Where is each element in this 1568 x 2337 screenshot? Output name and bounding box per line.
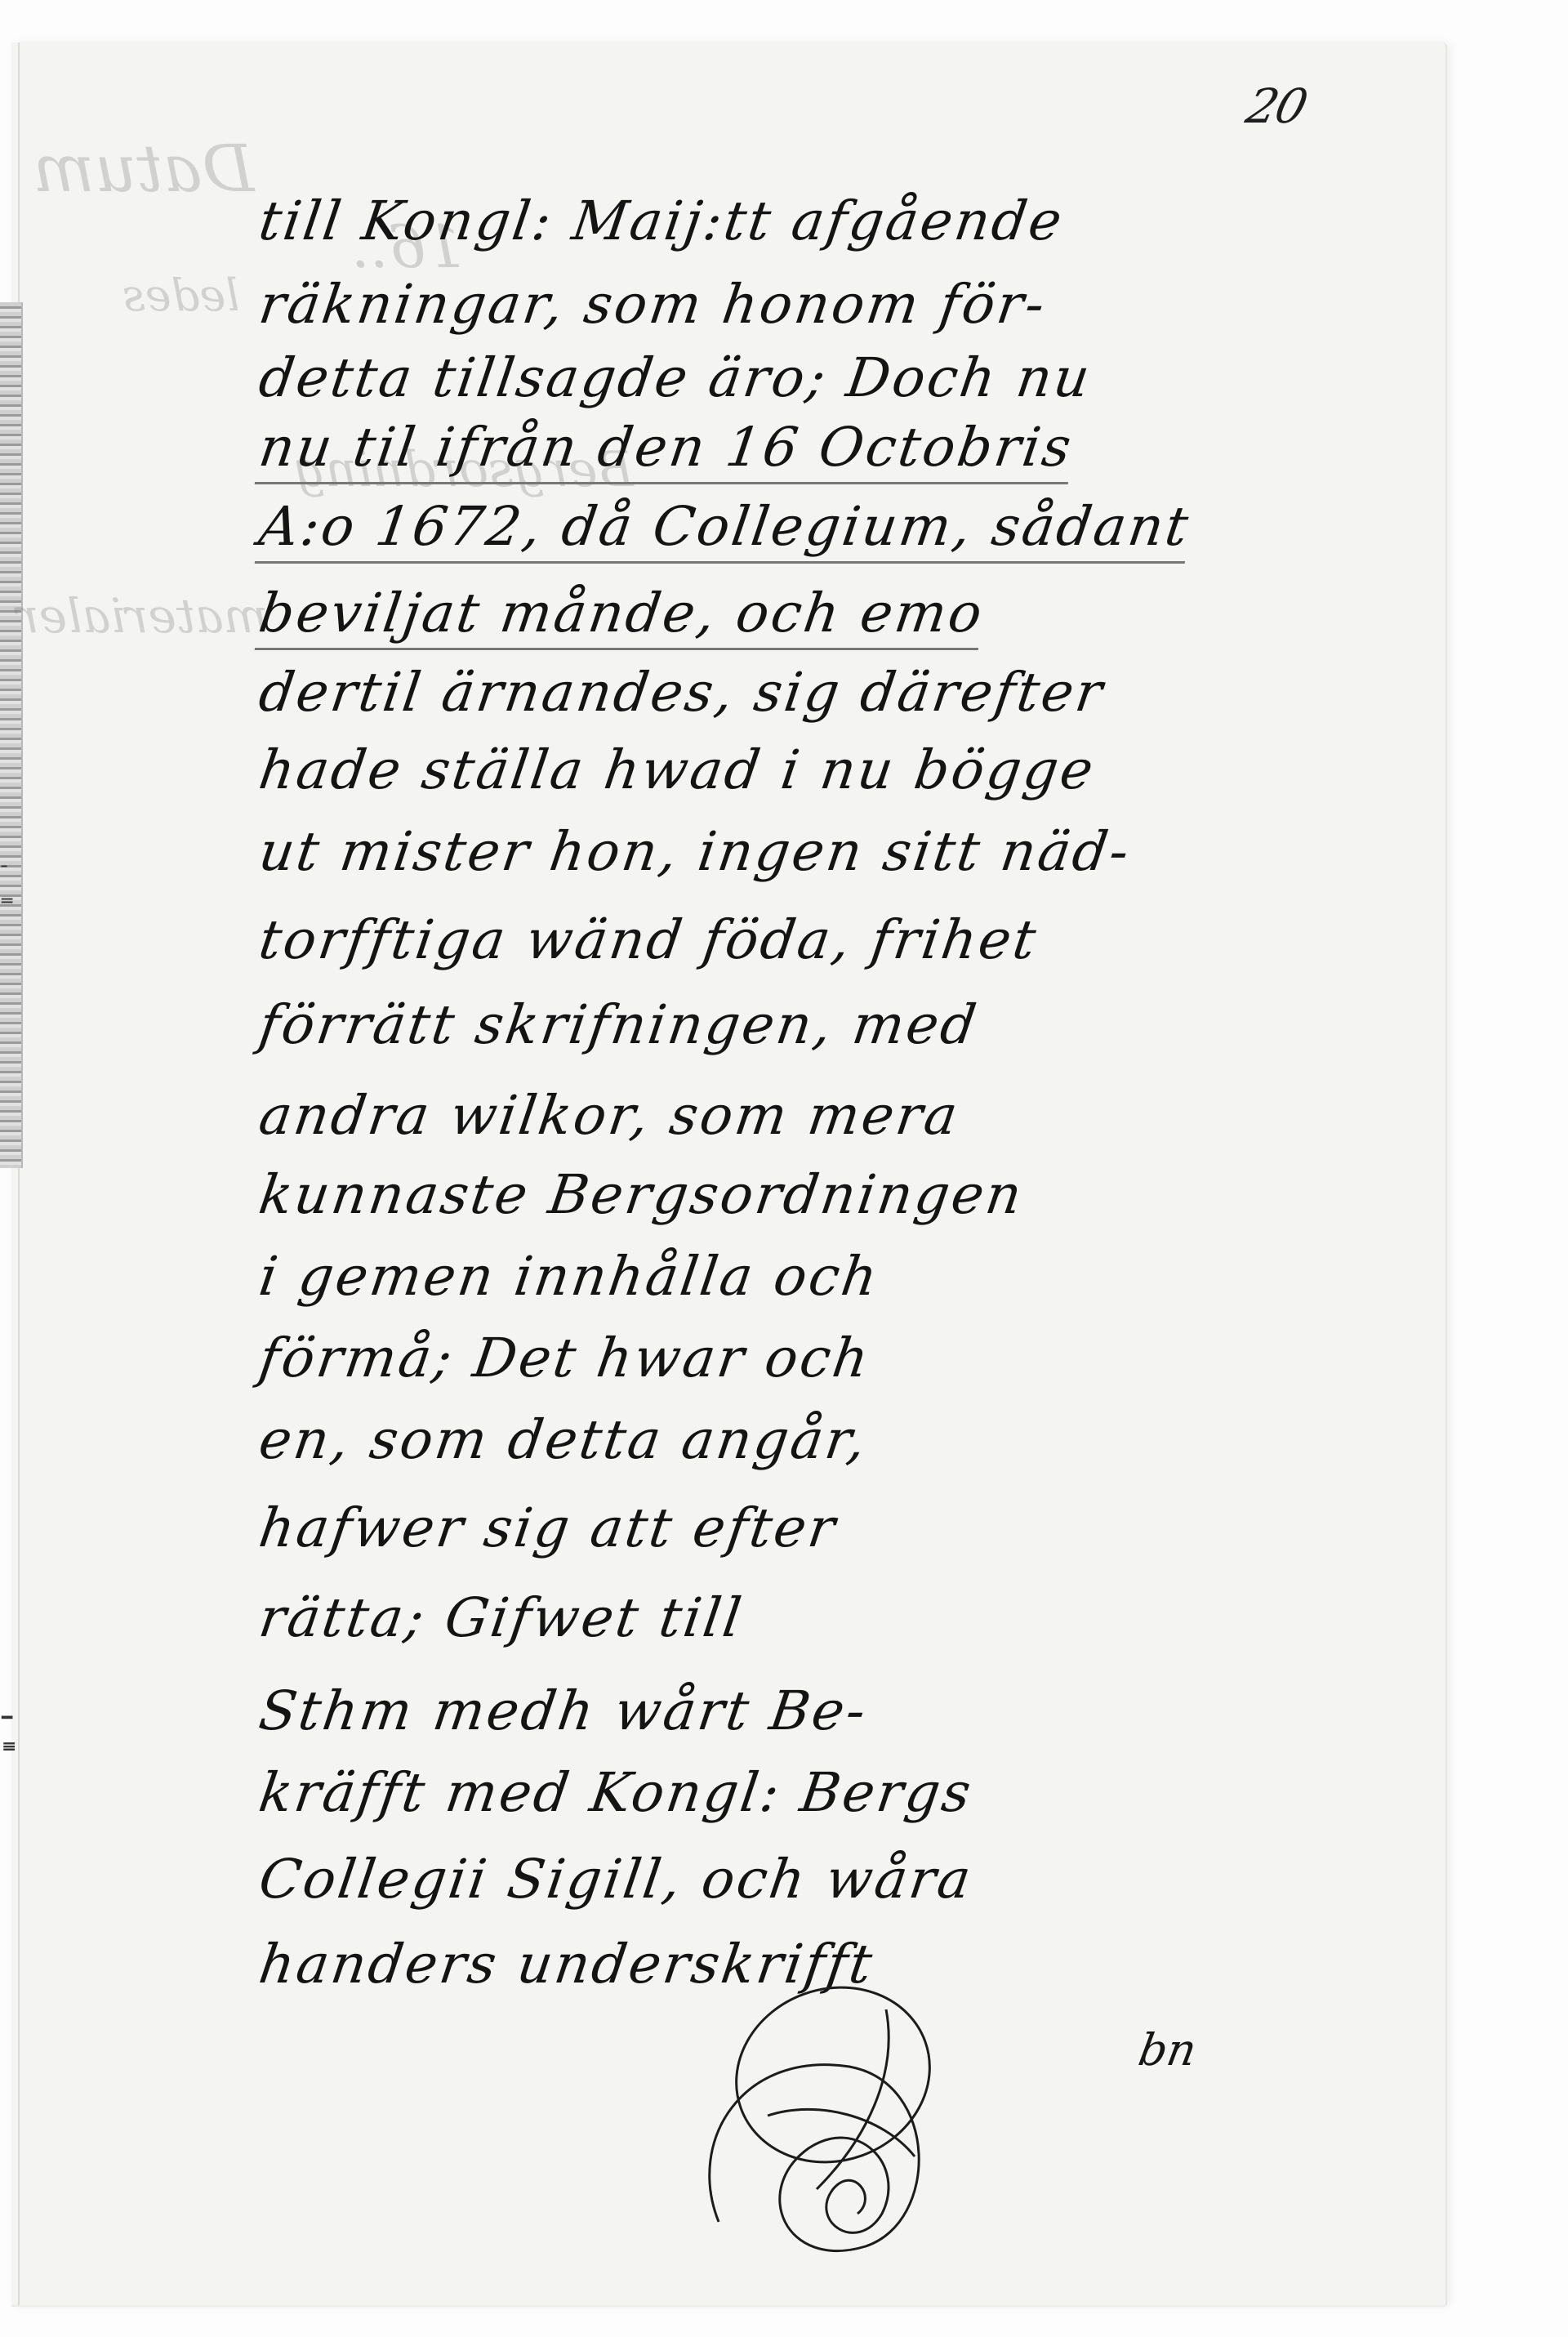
margin-mark: ╴	[2, 856, 12, 877]
manuscript-line: andra wilkor, som mera	[256, 1089, 963, 1143]
manuscript-line: Collegii Sigill, och wåra	[256, 1853, 976, 1907]
manuscript-line: A:o 1672, då Collegium, sådant	[256, 500, 1193, 554]
manuscript-line: en, som detta angår,	[256, 1413, 871, 1467]
margin-mark: ≡	[2, 1736, 16, 1757]
manuscript-line: i gemen innhålla och	[256, 1250, 883, 1304]
binding-strip	[0, 302, 23, 1168]
manuscript-line: räkningar, som honom för-	[256, 278, 1049, 332]
signature-abbreviation: bn	[1134, 2024, 1200, 2076]
manuscript-line: till Kongl: Maij:tt afgående	[256, 194, 1067, 248]
manuscript-line: beviljat månde, och emo	[256, 586, 987, 640]
manuscript-line: hafwer sig att efter	[256, 1501, 840, 1555]
manuscript-line: kräfft med Kongl: Bergs	[256, 1766, 976, 1820]
manuscript-line: nu til ifrån den 16 Octobris	[256, 421, 1076, 475]
margin-mark: ━	[2, 1707, 12, 1728]
margin-mark: ═	[2, 890, 12, 912]
manuscript-line: rätta; Gifwet till	[256, 1591, 746, 1645]
manuscript-line: ut mister hon, ingen sitt näd-	[256, 825, 1134, 879]
manuscript-line: förrätt skrifningen, med	[256, 998, 982, 1052]
manuscript-line: torfftiga wänd föda, frihet	[256, 913, 1041, 967]
manuscript-scan: ╴ ═ ━ ≡ Datum ledes 16.. Bergsordning ma…	[0, 0, 1568, 2337]
signature-flourish-icon	[670, 1977, 1013, 2287]
manuscript-line: förmå; Det hwar och	[256, 1331, 874, 1385]
underlined-text: nu til ifrån den 16 Octobris	[255, 416, 1077, 484]
manuscript-line: kunnaste Bergsordningen	[256, 1168, 1027, 1222]
manuscript-line: Sthm medh wårt Be-	[256, 1684, 871, 1738]
underlined-text: beviljat månde, och emo	[255, 582, 988, 650]
manuscript-line: dertil ärnandes, sig därefter	[256, 666, 1107, 720]
underlined-text: A:o 1672, då Collegium, sådant	[255, 495, 1195, 564]
line-text: detta tillsagde äro; Doch nu	[256, 346, 1096, 409]
manuscript-line: detta tillsagde äro; Doch nu	[256, 351, 1095, 405]
manuscript-line: hade ställa hwad i nu bögge	[256, 743, 1098, 797]
